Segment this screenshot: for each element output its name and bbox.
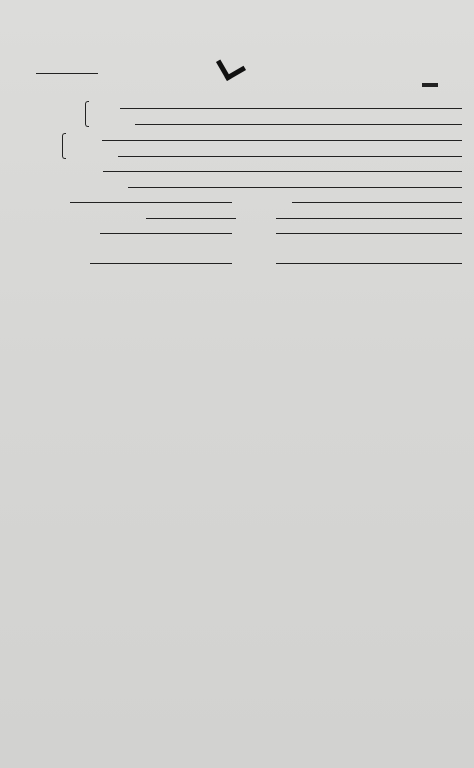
marriage-register-document [0,0,474,768]
stamp-mark-icon [422,83,438,97]
check-mark-icon [216,51,246,81]
